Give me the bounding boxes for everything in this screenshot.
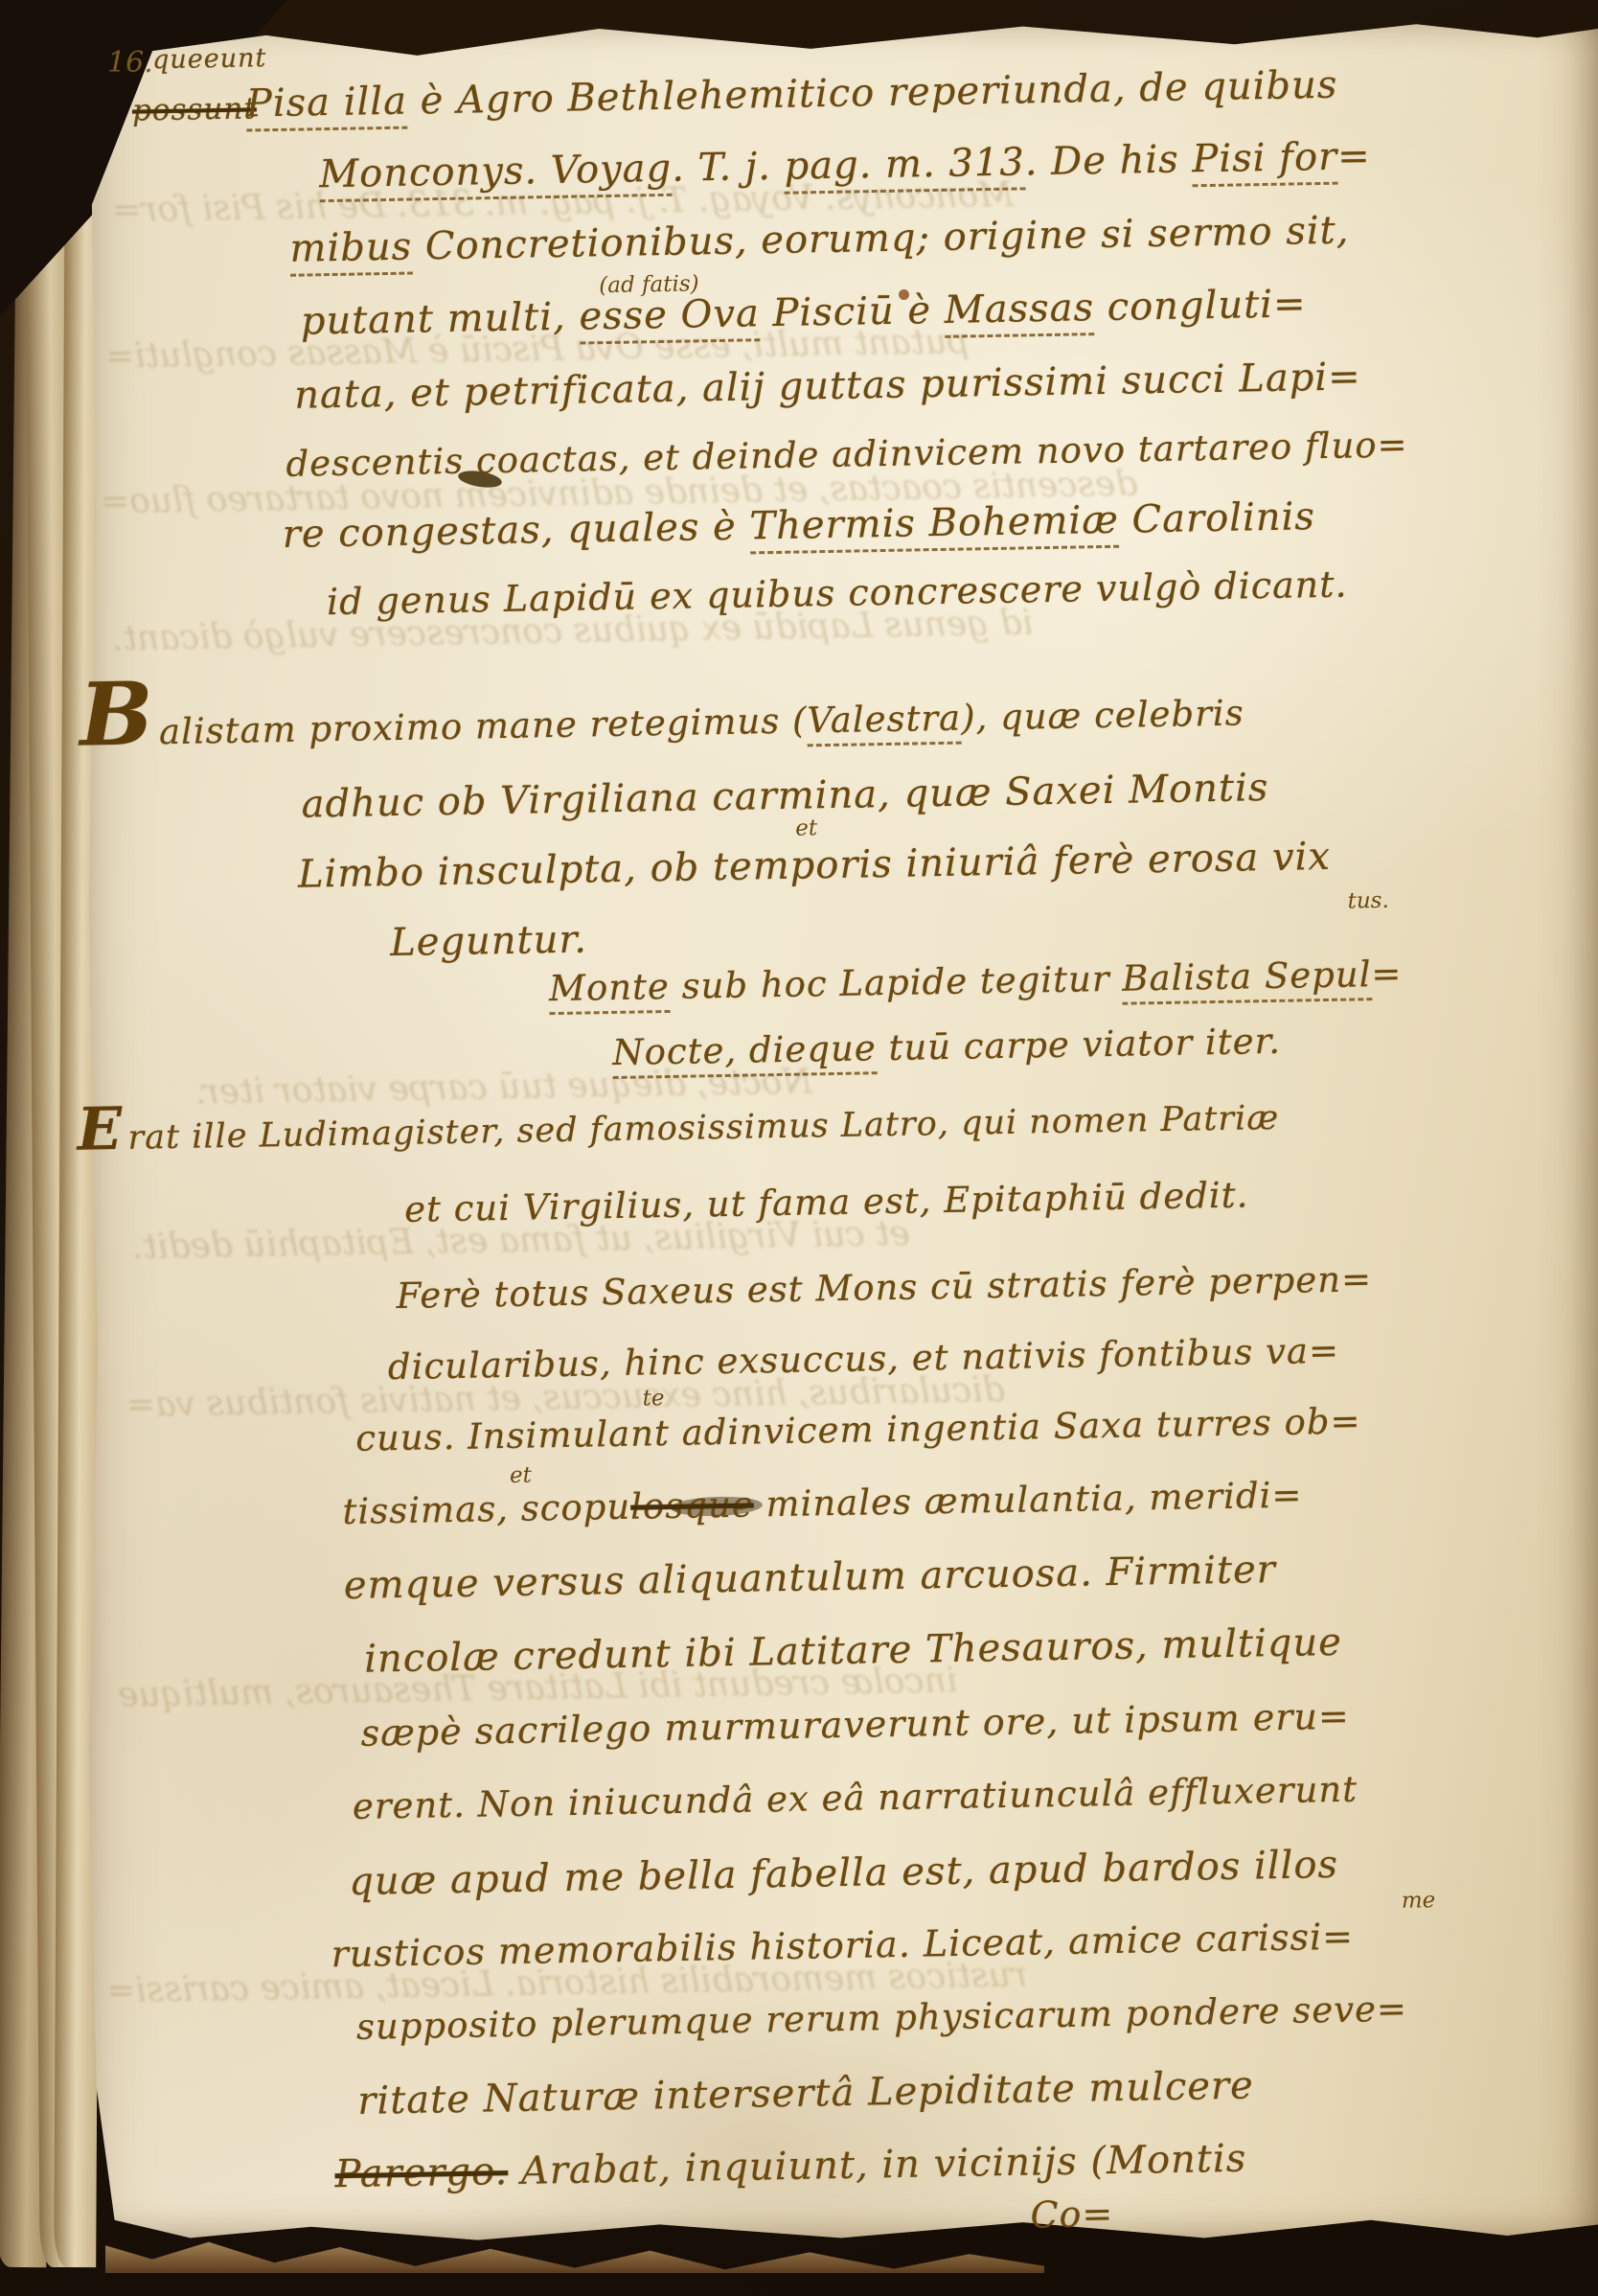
interlinear-note: (ad fatis) [599, 271, 699, 298]
manuscript-line: erent. Non iniucundâ ex eâ narratiunculâ… [353, 1769, 1358, 1827]
catchword: Co= [1030, 2193, 1114, 2237]
manuscript-line: nata, et petrificata, alij guttas puriss… [294, 355, 1361, 417]
manuscript-line: Limbo insculpta, ob temporis iniuriâ fer… [298, 835, 1332, 897]
manuscript-line: sæpè sacrilego murmuraverunt ore, ut ips… [360, 1695, 1350, 1755]
interlinear-note: et [510, 1463, 532, 1488]
manuscript-line: tissimas, scopulosque minales æmulantia,… [342, 1475, 1303, 1532]
manuscript-line: mibus Concretionibus, eorumq; origine si… [289, 208, 1350, 270]
manuscript-line: Balistam proximo mane retegimus (Valestr… [80, 692, 1244, 753]
interlinear-note: tus. [1347, 888, 1389, 914]
manuscript-line: putant multi, esse Ova Pisciū è Massas c… [301, 282, 1307, 343]
manuscript-line: ritate Naturæ intersertâ Lepiditate mulc… [357, 2063, 1254, 2123]
interlinear-note: et [795, 815, 817, 840]
manuscript-line: Monte sub hoc Lapide tegitur Balista Sep… [549, 953, 1403, 1010]
manuscript-line: adhuc ob Virgiliana carmina, quæ Saxei M… [301, 766, 1268, 827]
manuscript-line: re congestas, quales è Thermis Bohemiæ C… [282, 494, 1315, 557]
manuscript-line: Leguntur. [390, 917, 587, 965]
manuscript-line: Nocte, dieque tuū carpe viator iter. [612, 1021, 1281, 1073]
manuscript-line: et cui Virgilius, ut fama est, Epitaphiū… [404, 1174, 1249, 1229]
manuscript-line: Monconys. Voyag. T. j. pag. m. 313. De h… [319, 134, 1371, 196]
manuscript-line: incolæ credunt ibi Latitare Thesauros, m… [364, 1620, 1342, 1682]
text-block: queeunt possunt Co= Pisa illa è Agro Bet… [0, 0, 1598, 2296]
margin-inserted-word: queeunt [152, 43, 267, 75]
page-number: 16. [107, 46, 153, 80]
manuscript-line: dicularibus, hinc exsuccus, et nativis f… [388, 1330, 1340, 1388]
manuscript-line: Parergo. Arabat, inquiunt, in vicinijs (… [334, 2137, 1246, 2197]
manuscript-line: rusticos memorabilis historia. Liceat, a… [331, 1916, 1354, 1976]
manuscript-line: quæ apud me bella fabella est, apud bard… [349, 1843, 1338, 1904]
margin-struck-word: possunt [132, 91, 257, 127]
decorated-initial: E [77, 1094, 124, 1164]
interlinear-note: me [1402, 1888, 1436, 1914]
manuscript-line: id genus Lapidū ex quibus concrescere vu… [327, 563, 1348, 624]
manuscript-line: Ferè totus Saxeus est Mons cū stratis fe… [396, 1258, 1372, 1317]
manuscript-line: supposito plerumque rerum physicarum pon… [356, 1988, 1408, 2048]
manuscript-page-photo: Monconys. Voyag. T. j. pag. m. 313. De h… [0, 0, 1598, 2296]
manuscript-line: descentis coactas, et deinde adinvicem n… [285, 424, 1408, 484]
manuscript-line: cuus. Insimulant adinvicem ingentia Saxa… [355, 1400, 1361, 1458]
decorated-initial: B [79, 663, 154, 766]
interlinear-note: te [642, 1386, 664, 1411]
manuscript-line: Pisa illa è Agro Bethlehemitico reperiun… [246, 63, 1338, 126]
manuscript-line: Erat ille Ludimagister, sed famosissimus… [77, 1099, 1279, 1159]
manuscript-line: emque versus aliquantulum arcuosa. Firmi… [344, 1548, 1277, 1608]
